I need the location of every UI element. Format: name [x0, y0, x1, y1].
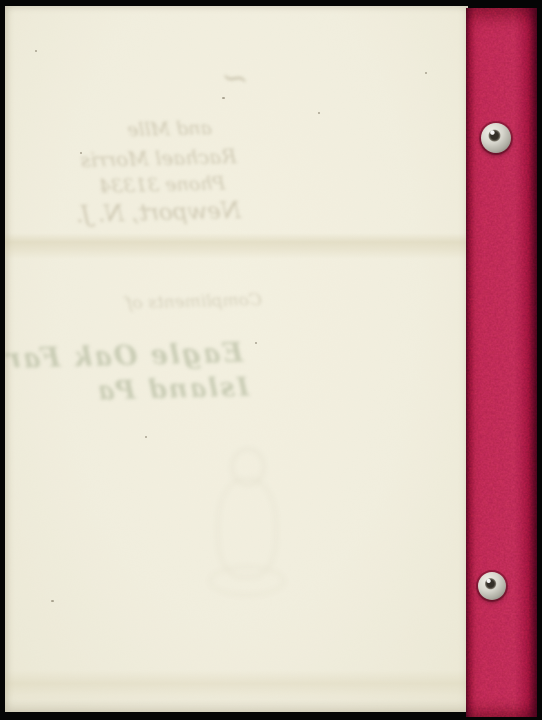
ink-speck	[51, 600, 54, 602]
ink-speck	[80, 152, 82, 154]
ghost-figure-body	[217, 478, 277, 578]
ghost-figure-base	[209, 566, 285, 596]
ghost-address-line-3: Phone 31334	[87, 172, 238, 198]
ink-speck	[222, 97, 225, 99]
ghost-script-line: Compliments of	[109, 290, 279, 314]
ink-speck	[35, 50, 37, 52]
ghost-address-line-2: Rachael Morris	[71, 144, 247, 173]
ghost-address-line-4: Newport, N. J.	[61, 197, 257, 228]
ghost-figure-head	[231, 448, 265, 486]
crease-band-upper	[5, 233, 468, 259]
red-leather-spine	[466, 8, 537, 717]
booklet-back-cover-page: ~ and Mlle Rachael Morris Phone 31334 Ne…	[5, 6, 468, 712]
ink-speck	[425, 72, 427, 74]
snap-rivet-bottom	[478, 572, 506, 600]
ghost-flourish: ~	[188, 52, 283, 104]
snap-rivet-top	[481, 123, 511, 153]
ghost-stamp-line-1: Eagle Oak Farm	[61, 338, 244, 374]
ghost-address-line-1: and Mlle	[97, 116, 243, 142]
crease-band-lower	[5, 670, 468, 700]
photo-stage: ~ and Mlle Rachael Morris Phone 31334 Ne…	[0, 0, 542, 720]
ghost-figure-drawing	[203, 448, 289, 594]
ink-speck	[318, 112, 320, 114]
ink-speck	[255, 342, 257, 344]
paper-grain-texture	[5, 6, 468, 712]
ghost-stamp-line-2: Island Pa	[137, 373, 250, 406]
ink-speck	[145, 436, 147, 438]
leather-grain-shadow-texture	[466, 8, 537, 717]
